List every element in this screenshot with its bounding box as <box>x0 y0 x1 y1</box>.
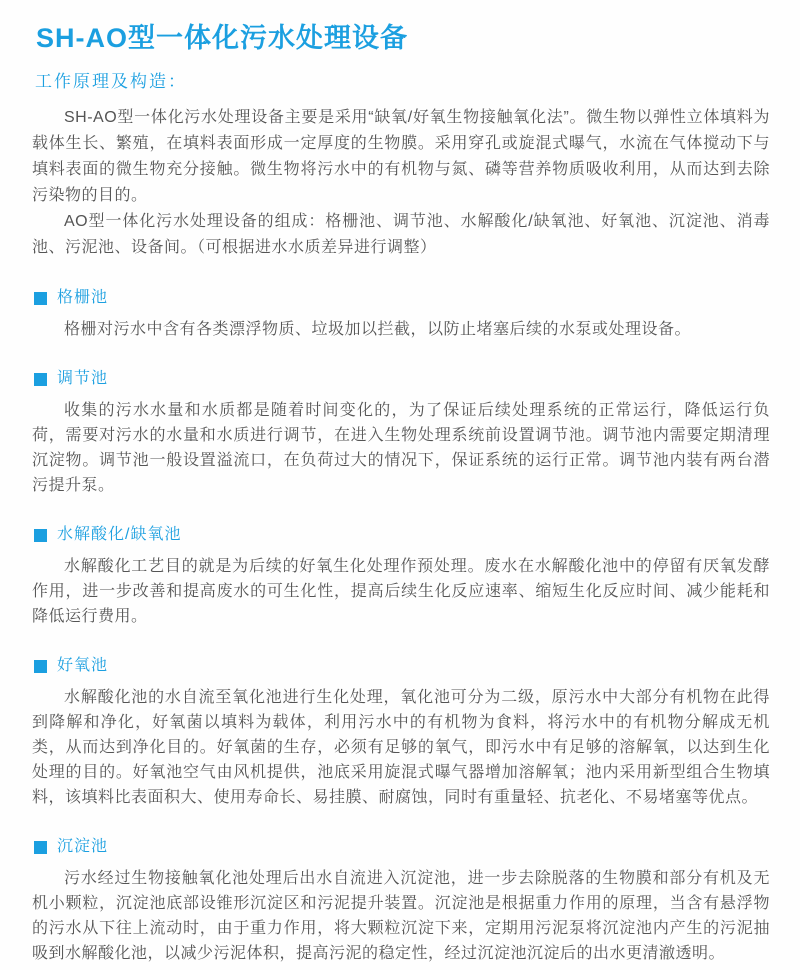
section-body-text: 水解酸化工艺目的就是为后续的好氧生化处理作预处理。废水在水解酸化池中的停留有厌氧… <box>32 554 770 629</box>
blue-square-bullet-icon <box>34 292 47 305</box>
section-body-text: 格栅对污水中含有各类漂浮物质、垃圾加以拦截，以防止堵塞后续的水泵或处理设备。 <box>32 317 770 342</box>
section-body-text: 收集的污水水量和水质都是随着时间变化的，为了保证后续处理系统的正常运行，降低运行… <box>32 398 770 498</box>
section-header: 沉淀池 <box>34 838 770 856</box>
intro-block: SH-AO型一体化污水处理设备主要是采用“缺氧/好氧生物接触氧化法”。微生物以弹… <box>32 105 770 261</box>
section-header: 好氧池 <box>34 657 770 675</box>
section-aerobic-pool: 好氧池 水解酸化池的水自流至氧化池进行生化处理，氧化池可分为二级，原污水中大部分… <box>32 657 770 810</box>
page-title: SH-AO型一体化污水处理设备 <box>36 22 770 54</box>
document-page: SH-AO型一体化污水处理设备 工作原理及构造： SH-AO型一体化污水处理设备… <box>0 0 800 970</box>
section-sedimentation-pool: 沉淀池 污水经过生物接触氧化池处理后出水自流进入沉淀池，进一步去除脱落的生物膜和… <box>32 838 770 966</box>
section-label: 格栅池 <box>57 289 108 307</box>
intro-paragraph-1: SH-AO型一体化污水处理设备主要是采用“缺氧/好氧生物接触氧化法”。微生物以弹… <box>32 105 770 209</box>
section-header: 格栅池 <box>34 289 770 307</box>
principle-heading: 工作原理及构造： <box>35 71 770 93</box>
intro-paragraph-2: AO型一体化污水处理设备的组成：格栅池、调节池、水解酸化/缺氧池、好氧池、沉淀池… <box>32 209 770 261</box>
blue-square-bullet-icon <box>34 373 47 386</box>
blue-square-bullet-icon <box>34 529 47 542</box>
blue-square-bullet-icon <box>34 660 47 673</box>
section-header: 水解酸化/缺氧池 <box>34 526 770 544</box>
blue-square-bullet-icon <box>34 841 47 854</box>
section-grid-pool: 格栅池 格栅对污水中含有各类漂浮物质、垃圾加以拦截，以防止堵塞后续的水泵或处理设… <box>32 289 770 342</box>
section-label: 好氧池 <box>57 657 108 675</box>
section-regulating-pool: 调节池 收集的污水水量和水质都是随着时间变化的，为了保证后续处理系统的正常运行，… <box>32 370 770 498</box>
section-label: 沉淀池 <box>57 838 108 856</box>
section-body-text: 污水经过生物接触氧化池处理后出水自流进入沉淀池，进一步去除脱落的生物膜和部分有机… <box>32 866 770 966</box>
section-body-text: 水解酸化池的水自流至氧化池进行生化处理，氧化池可分为二级，原污水中大部分有机物在… <box>32 685 770 810</box>
section-header: 调节池 <box>34 370 770 388</box>
section-label: 水解酸化/缺氧池 <box>57 526 181 544</box>
section-label: 调节池 <box>57 370 108 388</box>
section-hydrolysis-anoxic-pool: 水解酸化/缺氧池 水解酸化工艺目的就是为后续的好氧生化处理作预处理。废水在水解酸… <box>32 526 770 629</box>
